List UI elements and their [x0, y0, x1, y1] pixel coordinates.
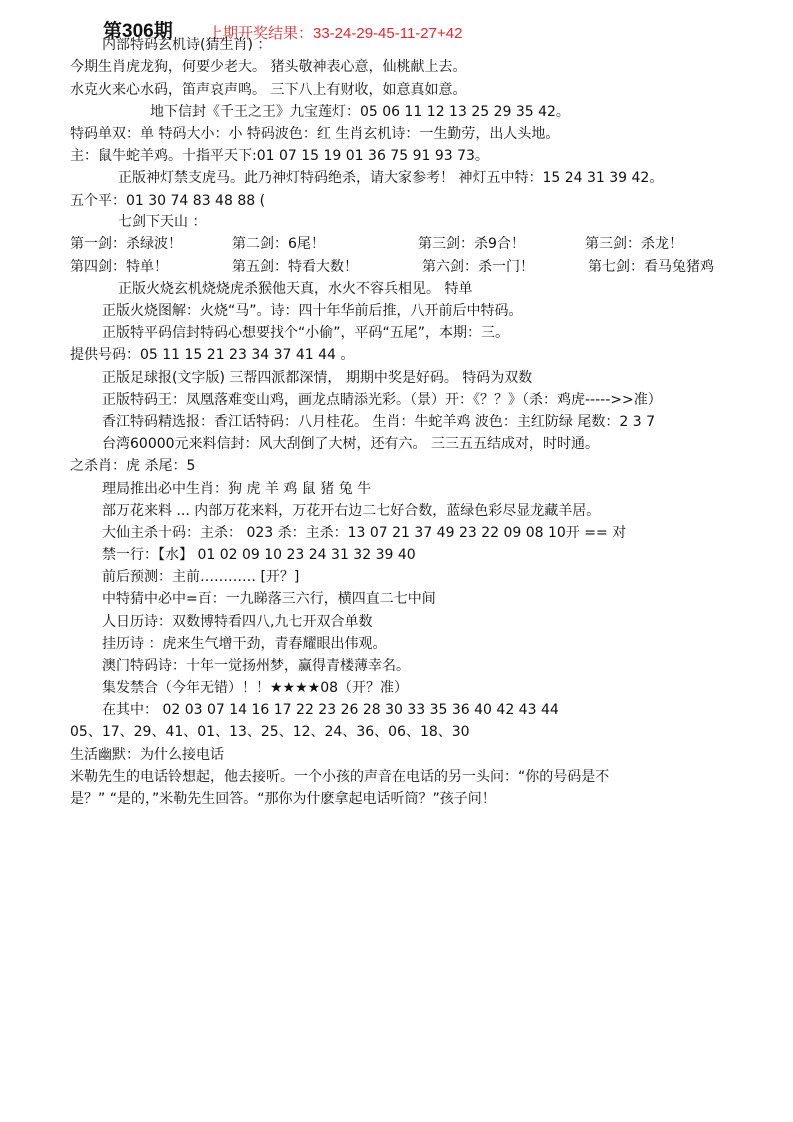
text-line: 五个平：01 30 74 83 48 88 ( — [70, 191, 265, 211]
text-line: 正版火烧图解：火烧“马”。诗：四十年华前后推，八开前后中特码。 — [102, 301, 523, 321]
text-line: 第六剑：杀一门！ — [422, 257, 534, 277]
text-line: 05、17、29、41、01、13、25、12、24、36、06、18、30 — [70, 722, 470, 742]
text-line: 今期生肖虎龙狗，何要少老大。 猪头敬神表心意，仙桃献上去。 — [70, 57, 466, 77]
text-line: 正版火烧玄机烧烧虎杀猴他天真，水火不容兵相见。 特单 — [118, 279, 472, 299]
text-line: 主：鼠牛蛇羊鸡。十指平天下:01 07 15 19 01 36 75 91 93… — [70, 146, 489, 166]
text-line: 香江特码精选报：香江话特码：八月桂花。 生肖：牛蛇羊鸡 波色：主红防绿 尾数：2… — [102, 412, 655, 432]
text-line: 提供号码：05 11 15 21 23 34 37 41 44 。 — [70, 345, 354, 365]
text-line: 正版足球报(文字版) 三帮四派都深情， 期期中奖是好码。 特码为双数 — [102, 368, 532, 388]
text-line: 第五剑：特看大数！ — [232, 257, 358, 277]
text-line: 内部特码玄机诗(猜生肖) ： — [102, 35, 271, 55]
text-line: 在其中： 02 03 07 14 16 17 22 23 26 28 30 33… — [102, 700, 559, 720]
text-line: 第七剑：看马兔猪鸡 — [588, 257, 714, 277]
text-line: 水克火来心水码，笛声哀声鸣。 三下八上有财收，如意真如意。 — [70, 80, 466, 100]
text-line: 集发禁合（今年无错）！！★★★★08（开？准） — [102, 678, 408, 698]
text-line: 澳门特码诗：十年一觉扬州梦，赢得青楼薄幸名。 — [102, 656, 410, 676]
text-line: 是？” “是的，”米勒先生回答。“那你为什麽拿起电话听筒？”孩子问！ — [70, 789, 496, 809]
text-line: 之杀肖：虎 杀尾：5 — [70, 456, 195, 476]
text-line: 第二剑：6尾！ — [232, 234, 325, 254]
text-line: 大仙主杀十码：主杀： 023 杀：主杀：13 07 21 37 49 23 22… — [102, 523, 626, 543]
text-line: 前后预测：主前………… [开？] — [102, 567, 299, 587]
text-line: 挂历诗 ：虎来生气增干劲，青春耀眼出伟观。 — [102, 634, 386, 654]
text-line: 台湾60000元来料信封：风大刮倒了大树，还有六。 三三五五结成对，时时通。 — [102, 434, 599, 454]
text-line: 特码单双：单 特码大小：小 特码波色：红 生肖玄机诗：一生勤劳，出人头地。 — [70, 124, 559, 144]
text-line: 米勒先生的电话铃想起，他去接听。一个小孩的声音在电话的另一头问：“你的号码是不 — [70, 767, 609, 787]
text-line: 部万花来料 ... 内部万花来料，万花开右边二七好合数，蓝绿色彩尽显龙藏羊居。 — [102, 501, 600, 521]
text-line: 正版神灯禁支虎马。此乃神灯特码绝杀，请大家参考！ 神灯五中特：15 24 31 … — [118, 168, 663, 188]
text-line: 生活幽默：为什么接电话 — [70, 745, 224, 765]
text-line: 人日历诗：双数博特看四八,九七开双合单数 — [102, 612, 372, 632]
text-line: 中特猜中必中=百：一九睇落三六行，横四直二七中间 — [102, 589, 436, 609]
text-line: 正版特码王：凤凰落难变山鸡，画龙点睛添光彩。（景）开：《？？》（杀：鸡虎----… — [102, 390, 662, 410]
text-line: 第三剑：杀9合！ — [418, 234, 525, 254]
text-line: 第三剑：杀龙！ — [585, 234, 683, 254]
text-line: 理局推出必中生肖：狗 虎 羊 鸡 鼠 猪 兔 牛 — [102, 479, 371, 499]
text-line: 禁一行：【水】 01 02 09 10 23 24 31 32 39 40 — [102, 545, 416, 565]
text-line: 第四剑：特单！ — [70, 257, 168, 277]
text-line: 正版特平码信封特码心想要找个“小偷”，平码“五尾”，本期：三。 — [102, 323, 509, 343]
text-line: 地下信封《千王之王》九宝莲灯：05 06 11 12 13 25 29 35 4… — [150, 102, 570, 122]
text-line: 第一剑：杀绿波！ — [70, 234, 182, 254]
text-line: 七剑下天山 ： — [118, 212, 206, 232]
